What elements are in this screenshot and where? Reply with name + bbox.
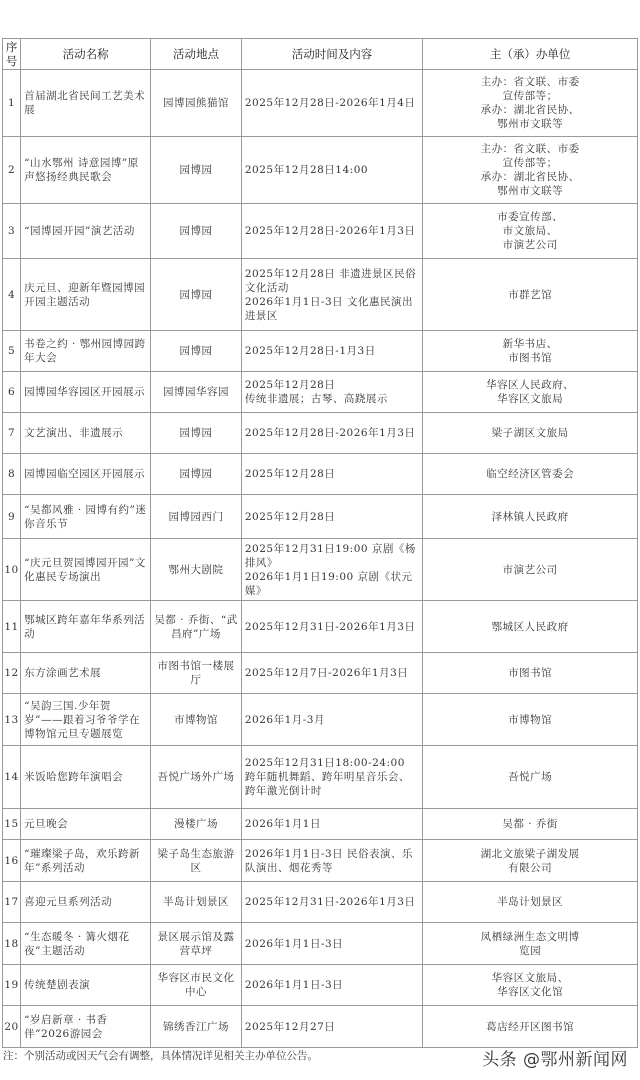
activity-name: 首届湖北省民间工艺美术展: [21, 70, 151, 137]
row-number: 6: [3, 372, 21, 413]
activity-location: 园博园: [151, 204, 242, 259]
activity-organizer: 吴都 · 乔街: [423, 809, 638, 840]
row-number: 2: [3, 137, 21, 204]
activity-time: 2026年1月-3月: [241, 694, 422, 746]
table-row: 20“岁启新章 · 书香伴”2026游园会锦绣香江广场2025年12月27日葛店…: [3, 1006, 638, 1048]
activity-organizer: 梁子湖区文旅局: [423, 413, 638, 454]
table-header-row: 序号 活动名称 活动地点 活动时间及内容 主（承）办单位: [3, 39, 638, 70]
row-number: 14: [3, 746, 21, 809]
activity-location: 梁子岛生态旅游区: [151, 840, 242, 882]
activity-name: 米饭哈您跨年演唱会: [21, 746, 151, 809]
activity-organizer: 新华书店、 市图书馆: [423, 331, 638, 372]
table-row: 8园博园临空园区开园展示园博园2025年12月28日临空经济区管委会: [3, 454, 638, 495]
activity-time: 2025年12月28日-1月3日: [241, 331, 422, 372]
header-no: 序号: [3, 39, 21, 70]
activity-time: 2025年12月28日: [241, 495, 422, 539]
table-row: 19传统楚剧表演华容区市民文化中心2026年1月1日-3日华容区文旅局、 华容区…: [3, 965, 638, 1006]
table-row: 5书卷之约 · 鄂州园博园跨年大会园博园2025年12月28日-1月3日新华书店…: [3, 331, 638, 372]
activity-organizer: 吾悦广场: [423, 746, 638, 809]
row-number: 7: [3, 413, 21, 454]
row-number: 19: [3, 965, 21, 1006]
header-time: 活动时间及内容: [241, 39, 422, 70]
row-number: 16: [3, 840, 21, 882]
table-row: 15元旦晚会漫楼广场2026年1月1日吴都 · 乔街: [3, 809, 638, 840]
activity-location: 漫楼广场: [151, 809, 242, 840]
footnote: 注：个别活动或因天气会有调整，具体情况详见相关主办单位公告。: [3, 1048, 318, 1063]
activity-location: 园博园: [151, 259, 242, 331]
row-number: 13: [3, 694, 21, 746]
activity-name: 传统楚剧表演: [21, 965, 151, 1006]
activity-time: 2026年1月1日-3日 民俗表演、乐队演出、烟花秀等: [241, 840, 422, 882]
activity-time: 2025年12月31日-2026年1月3日: [241, 882, 422, 923]
activity-time: 2025年12月28日: [241, 454, 422, 495]
activity-organizer: 华容区文旅局、 华容区文化馆: [423, 965, 638, 1006]
activity-location: 鄂州大剧院: [151, 539, 242, 601]
activity-time: 2025年12月27日: [241, 1006, 422, 1048]
row-number: 17: [3, 882, 21, 923]
activity-name: “生态暖冬 · 篝火烟花夜”主题活动: [21, 923, 151, 965]
activity-name: 文艺演出、非遗展示: [21, 413, 151, 454]
table-row: 9“吴都风雅 · 园博有约”迷你音乐节园博园西门2025年12月28日泽林镇人民…: [3, 495, 638, 539]
table-row: 4庆元旦、迎新年暨园博园开园主题活动园博园2025年12月28日 非遗进景区民俗…: [3, 259, 638, 331]
activity-location: 景区展示馆及露营草坪: [151, 923, 242, 965]
row-number: 20: [3, 1006, 21, 1048]
table-body: 1首届湖北省民间工艺美术展园博园熊猫馆2025年12月28日-2026年1月4日…: [3, 70, 638, 1048]
activity-organizer: 华容区人民政府、 华容区文旅局: [423, 372, 638, 413]
table-row: 12东方涂画艺术展市图书馆一楼展厅2025年12月7日-2026年1月3日市图书…: [3, 653, 638, 694]
row-number: 1: [3, 70, 21, 137]
activity-time: 2025年12月28日 非遗进景区民俗文化活动 2026年1月1日-3日 文化惠…: [241, 259, 422, 331]
table-row: 17喜迎元旦系列活动半岛计划景区2025年12月31日-2026年1月3日半岛计…: [3, 882, 638, 923]
activity-time: 2025年12月7日-2026年1月3日: [241, 653, 422, 694]
row-number: 5: [3, 331, 21, 372]
activity-name: 园博园华容园区开园展示: [21, 372, 151, 413]
row-number: 15: [3, 809, 21, 840]
activity-name: 书卷之约 · 鄂州园博园跨年大会: [21, 331, 151, 372]
activity-organizer: 葛店经开区图书馆: [423, 1006, 638, 1048]
header-name: 活动名称: [21, 39, 151, 70]
table-row: 10“庆元旦贺园博园开园”文化惠民专场演出鄂州大剧院2025年12月31日19:…: [3, 539, 638, 601]
activity-time: 2026年1月1日: [241, 809, 422, 840]
activity-location: 园博园: [151, 137, 242, 204]
activity-organizer: 主办：省文联、市委 宣传部等； 承办：湖北省民协、 鄂州市文联等: [423, 137, 638, 204]
table-row: 1首届湖北省民间工艺美术展园博园熊猫馆2025年12月28日-2026年1月4日…: [3, 70, 638, 137]
table-row: 18“生态暖冬 · 篝火烟花夜”主题活动景区展示馆及露营草坪2026年1月1日-…: [3, 923, 638, 965]
activity-organizer: 主办：省文联、市委 宣传部等； 承办：湖北省民协、 鄂州市文联等: [423, 70, 638, 137]
activity-name: 东方涂画艺术展: [21, 653, 151, 694]
row-number: 4: [3, 259, 21, 331]
header-organizer: 主（承）办单位: [423, 39, 638, 70]
row-number: 10: [3, 539, 21, 601]
activity-time: 2026年1月1日-3日: [241, 965, 422, 1006]
row-number: 12: [3, 653, 21, 694]
activity-name: “山水鄂州 诗意园博”原声悠扬经典民歌会: [21, 137, 151, 204]
activity-location: 园博园华容园: [151, 372, 242, 413]
activity-location: 吾悦广场外广场: [151, 746, 242, 809]
row-number: 3: [3, 204, 21, 259]
activity-time: 2025年12月28日-2026年1月3日: [241, 204, 422, 259]
activity-organizer: 泽林镇人民政府: [423, 495, 638, 539]
header-location: 活动地点: [151, 39, 242, 70]
activity-name: 元旦晚会: [21, 809, 151, 840]
activity-location: 园博园西门: [151, 495, 242, 539]
activity-location: 华容区市民文化中心: [151, 965, 242, 1006]
table-row: 11鄂城区跨年嘉年华系列活动吴都 · 乔街、“武昌府”广场2025年12月31日…: [3, 601, 638, 653]
table-row: 6园博园华容园区开园展示园博园华容园2025年12月28日 传统非遗展；古琴、高…: [3, 372, 638, 413]
activity-name: “岁启新章 · 书香伴”2026游园会: [21, 1006, 151, 1048]
activity-organizer: 湖北文旅梁子湖发展 有限公司: [423, 840, 638, 882]
activity-organizer: 市委宣传部、 市文旅局、 市演艺公司: [423, 204, 638, 259]
activity-organizer: 凤栖绿洲生态文明博 览园: [423, 923, 638, 965]
activity-location: 园博园: [151, 331, 242, 372]
activity-location: 园博园熊猫馆: [151, 70, 242, 137]
activity-name: “吴都风雅 · 园博有约”迷你音乐节: [21, 495, 151, 539]
activity-location: 市图书馆一楼展厅: [151, 653, 242, 694]
table-row: 3“园博园开园”演艺活动园博园2025年12月28日-2026年1月3日市委宣传…: [3, 204, 638, 259]
activity-name: “庆元旦贺园博园开园”文化惠民专场演出: [21, 539, 151, 601]
table-row: 14米饭哈您跨年演唱会吾悦广场外广场2025年12月31日18:00-24:00…: [3, 746, 638, 809]
activity-location: 半岛计划景区: [151, 882, 242, 923]
activity-time: 2025年12月31日-2026年1月3日: [241, 601, 422, 653]
row-number: 9: [3, 495, 21, 539]
activity-organizer: 市演艺公司: [423, 539, 638, 601]
activity-time: 2025年12月28日14:00: [241, 137, 422, 204]
activity-name: 鄂城区跨年嘉年华系列活动: [21, 601, 151, 653]
table-row: 13“吴韵三国.少年贺岁”——跟着习爷爷学在博物馆元旦专题展览市博物馆2026年…: [3, 694, 638, 746]
table-row: 16“璀璨梁子岛，欢乐跨新年”系列活动梁子岛生态旅游区2026年1月1日-3日 …: [3, 840, 638, 882]
activity-organizer: 鄂城区人民政府: [423, 601, 638, 653]
activity-time: 2026年1月1日-3日: [241, 923, 422, 965]
activity-name: 园博园临空园区开园展示: [21, 454, 151, 495]
activity-time: 2025年12月28日-2026年1月4日: [241, 70, 422, 137]
row-number: 18: [3, 923, 21, 965]
activity-name: 庆元旦、迎新年暨园博园开园主题活动: [21, 259, 151, 331]
activity-name: “璀璨梁子岛，欢乐跨新年”系列活动: [21, 840, 151, 882]
activity-organizer: 市图书馆: [423, 653, 638, 694]
table-row: 7文艺演出、非遗展示园博园2025年12月28日-2026年1月3日梁子湖区文旅…: [3, 413, 638, 454]
table-row: 2“山水鄂州 诗意园博”原声悠扬经典民歌会园博园2025年12月28日14:00…: [3, 137, 638, 204]
activity-location: 园博园: [151, 413, 242, 454]
row-number: 8: [3, 454, 21, 495]
activity-name: 喜迎元旦系列活动: [21, 882, 151, 923]
activity-time: 2025年12月28日 传统非遗展；古琴、高跷展示: [241, 372, 422, 413]
activity-name: “园博园开园”演艺活动: [21, 204, 151, 259]
watermark: 头条 @鄂州新闻网: [482, 1045, 628, 1070]
activity-organizer: 临空经济区管委会: [423, 454, 638, 495]
activity-location: 吴都 · 乔街、“武昌府”广场: [151, 601, 242, 653]
events-table: 序号 活动名称 活动地点 活动时间及内容 主（承）办单位 1首届湖北省民间工艺美…: [2, 38, 638, 1048]
activity-organizer: 市群艺馆: [423, 259, 638, 331]
activity-location: 锦绣香江广场: [151, 1006, 242, 1048]
row-number: 11: [3, 601, 21, 653]
activity-time: 2025年12月31日19:00 京剧《杨排风》 2026年1月1日19:00 …: [241, 539, 422, 601]
activity-name: “吴韵三国.少年贺岁”——跟着习爷爷学在博物馆元旦专题展览: [21, 694, 151, 746]
activity-time: 2025年12月31日18:00-24:00 跨年随机舞蹈、跨年明星音乐会、跨年…: [241, 746, 422, 809]
activity-organizer: 市博物馆: [423, 694, 638, 746]
activity-location: 市博物馆: [151, 694, 242, 746]
activity-organizer: 半岛计划景区: [423, 882, 638, 923]
activity-location: 园博园: [151, 454, 242, 495]
activity-time: 2025年12月28日-2026年1月3日: [241, 413, 422, 454]
